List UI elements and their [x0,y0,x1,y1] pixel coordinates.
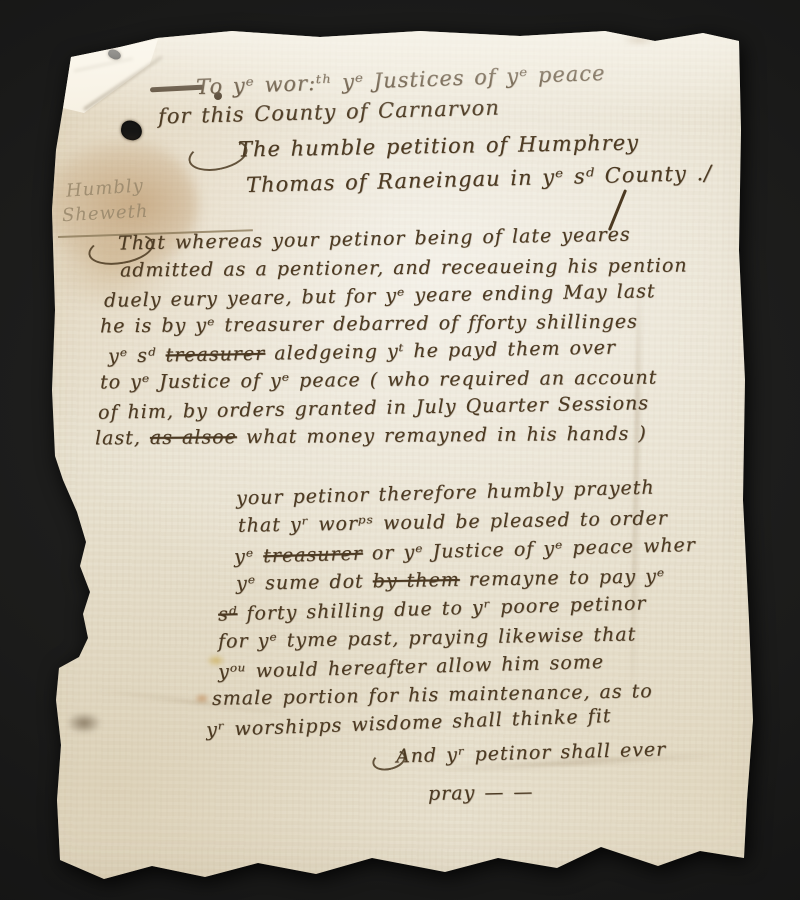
struck-text: by them [373,569,460,593]
paper-sheet: To yᵉ wor:ᵗʰ yᵉ Justices of yᵉ peace for… [0,0,800,900]
prayer-line-6: for yᵉ tyme past, praying likewise that [218,623,637,652]
prayer-line-7: yᵒᵘ would hereafter allow him some [218,651,605,683]
margin-note-line-2: Sheweth [62,201,149,226]
struck-text: treasurer [165,343,265,367]
title-line-1: The humble petition of Humphrey [238,131,639,162]
struck-text: as alsoe [150,426,237,449]
body-line-4: he is by yᵉ treasurer debarred of fforty… [100,311,638,338]
text-segment: what money remayned in his hands ) [237,423,647,449]
body-line-7: of him, by orders granted in July Quarte… [98,392,649,424]
body-line-2: admitted as a pentioner, and receaueing … [120,255,688,282]
body-line-8: last, as alsoe what money remayned in hi… [95,423,647,450]
paper-sheet-wrap: To yᵉ wor:ᵗʰ yᵉ Justices of yᵉ peace for… [0,0,800,900]
text-segment: last, [95,427,150,449]
text-segment: yᵉ sᵈ [108,344,166,367]
text-segment: aledgeing yᵗ he payd them over [265,337,616,365]
body-line-3: duely eury yeare, but for yᵉ yeare endin… [104,280,656,312]
prayer-line-1: your petinor therefore humbly prayeth [236,477,655,510]
title-line-2: Thomas of Raneingau in yᵉ sᵈ County ./ [246,161,713,197]
address-line-2: for this County of Carnarvon [158,96,500,129]
prayer-line-2: that yʳ worᵖˢ would be pleased to order [238,507,668,536]
struck-text: treasurer [263,543,363,568]
text-segment: yᵉ [234,545,264,568]
prayer-line-3: yᵉ treasurer or yᵉ Justice of yᵉ peace w… [234,534,696,568]
text-segment: or yᵉ Justice of yᵉ peace wher [363,534,697,565]
body-line-6: to yᵉ Justice of yᵉ peace ( who required… [100,367,657,394]
prayer-line-9: yʳ worshipps wisdome shall thinke fit [206,705,612,741]
text-segment: yᵉ sume dot [236,570,373,594]
struck-text: sᵈ [218,603,238,625]
text-segment: forty shilling due to yʳ poore petinor [237,592,647,625]
body-line-5: yᵉ sᵈ treasurer aledgeing yᵗ he payd the… [108,337,616,368]
handwriting-layer: To yᵉ wor:ᵗʰ yᵉ Justices of yᵉ peace for… [0,0,800,900]
closing-line-1: And yʳ petinor shall ever [396,738,667,767]
prayer-line-5: sᵈ forty shilling due to yʳ poore petino… [218,592,647,625]
closing-line-2: pray — — [428,781,534,805]
margin-note-line-1: Humbly [65,175,144,201]
body-line-1: That whereas your petinor being of late … [118,224,631,255]
prayer-line-4: yᵉ sume dot by them remayne to pay yᵉ [236,565,666,594]
document-scan: To yᵉ wor:ᵗʰ yᵉ Justices of yᵉ peace for… [0,0,800,900]
address-line-1: To yᵉ wor:ᵗʰ yᵉ Justices of yᵉ peace [196,61,606,99]
text-segment: remayne to pay yᵉ [460,565,666,591]
